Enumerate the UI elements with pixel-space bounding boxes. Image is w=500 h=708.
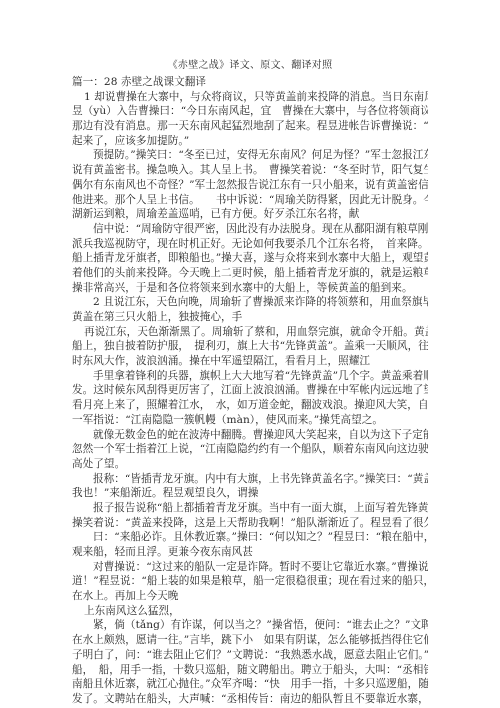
text-line: 看月亮上来了，照耀着江水， 水，如万道金蛇，翻波戏浪。操迎风大笑，自以为得志。忽 bbox=[72, 398, 428, 413]
text-line: 船上插青龙牙旗者，即粮船也。”操大喜，遂与众将来到水寨中大船上，观望黄盖船到。 … bbox=[72, 251, 428, 266]
text-line: 再说江东，天色渐渐黑了。周瑜斩了蔡和，用血祭完旗，就命令开船。黄盖在第三只火 bbox=[72, 325, 428, 340]
text-line: 操笑着说：“黄盖来投降，这是上天帮助我啊！”船队渐渐近了。程昱看了很久， bbox=[72, 516, 428, 531]
text-line: 南船且休近寨，就江心抛住。”众军齐喝：“快 用手一指，十多只巡逻船，随着文聘的船… bbox=[72, 677, 428, 692]
text-line: 船上，独自披着防护服， 提利刃，旗上大书“先锋黄盖”。盖乘一天顺风，往赤壁进发。… bbox=[72, 339, 428, 354]
text-line: 高处了望。 bbox=[72, 457, 428, 472]
text-line: 2 且说江东，天色向晚，周瑜斩了曹操派来诈降的将领蔡和，用血祭旗毕，便令开船。 bbox=[72, 295, 428, 310]
text-line: 信中说：“周瑜防守很严密，因此没有办法脱身。现在从鄱阳湖有粮草刚刚运到，周瑜 bbox=[72, 222, 428, 237]
text-line: 曰：“来船必诈。且休教近寨。”操曰：“何以知之？”程昱曰：“粮在船中，船必稳重；… bbox=[72, 530, 428, 545]
text-line: 在水上颇熟，愿请一往。”言毕，跳下小 如果有阴谋，怎么能够抵挡得住它们？”曹操一… bbox=[72, 633, 428, 648]
text-line: 一军指说：“江南隐隐一簇帆幔（màn），使风而来。”操凭高望之。 bbox=[72, 413, 428, 428]
text-line: 派兵我巡视防守，现在时机正好。无论如何我要杀几个江东名将， 首来降。只在今晚二更… bbox=[72, 237, 428, 252]
text-line: 1 却说曹操在大寨中，与众将商议，只等黄盖前来投降的消息。当日东南风起甚紧，程 bbox=[72, 90, 428, 105]
text-line: 篇一：28 赤壁之战课文翻译 bbox=[72, 75, 428, 90]
text-line: 我也！”来船渐近。程昱观望良久，谓操 bbox=[72, 486, 428, 501]
text-line: 忽然一个军士指着江上说，“江南隐隐约约有一个船队，顺着东南风向这边驶过来。”操登… bbox=[72, 442, 428, 457]
text-line: 子明白了，问：“谁去阻止它们？”文聘说：“我熟悉水战，愿意去阻止它们。”说完，跳… bbox=[72, 648, 428, 663]
text-line: 紧，倘（tǎng）有诈谋，何以当之？”操省悟，便问：“谁去止之？”文聘（pìn）… bbox=[72, 618, 428, 633]
text-line: 昱（yù）入告曹操曰：“今日东南风起，宜 曹操在大寨中，与各位将领商议，只等待黄… bbox=[72, 104, 428, 119]
text-line: 着他们的头前来投降。今天晚上二更时候，船上插着青龙牙旗的，就是运粮草的船只。”曹 bbox=[72, 266, 428, 281]
document-page: 《赤壁之战》译文、原文、翻译对照 篇一：28 赤壁之战课文翻译1 却说曹操在大寨… bbox=[72, 58, 428, 707]
text-line: 时东风大作，波浪汹涌。操在中军遥望隔江，看看月上，照耀江 bbox=[72, 354, 428, 369]
text-line: 偶尔有东南风也不奇怪？”军士忽然报告说江东有一只小船来，说有黄盖密信。曹操马上叫 bbox=[72, 178, 428, 193]
text-line: 上东南风这么猛烈， bbox=[72, 604, 428, 619]
text-line: 发了。文聘站在船头，大声喊：“丞相传旨：南边的船队暂且不要靠近水寨，就地在江心抛 bbox=[72, 692, 428, 707]
text-line: 预提防。”操笑曰：“冬至已过，安得无东南风？何足为怪？”军士忽报江东一只小船来到… bbox=[72, 148, 428, 163]
text-line: 报子报告说称“船上都插着青龙牙旗。当中有一面大旗，上面写着先锋黄盖的名字。”曹 bbox=[72, 501, 428, 516]
text-line: 道！”程昱说：“船上装的如果是粮草，船一定很稳很重；现在看过来的船只，轻飘飘地浮 bbox=[72, 574, 428, 589]
text-line: 湖新运到粮，周瑜差盖巡哨，已有方便。好歹杀江东名将，献 bbox=[72, 207, 428, 222]
text-line: 观来船，轻而且浮。更兼今夜东南风甚 bbox=[72, 545, 428, 560]
document-title: 《赤壁之战》译文、原文、翻译对照 bbox=[72, 58, 428, 74]
text-line: 就像无数金色的蛇在波涛中翻腾。曹操迎风大笑起来，自以为这下子定能完成灭吴大业。 bbox=[72, 428, 428, 443]
text-line: 说有黄盖密书。操急唤入。其人呈上书。 曹操笑着说：“冬至时节，阳气复生，这个时候… bbox=[72, 163, 428, 178]
text-line: 发。这时候东风刮得更厉害了，江面上波浪汹涌。曹操在中军帐内远远地了望江对岸，看 bbox=[72, 383, 428, 398]
text-line: 船， 船，用手一指，十数只巡船，随文聘船出。聘立于船头，大叫：“丞相钧（jūn）… bbox=[72, 663, 428, 678]
text-line: 对曹操说：“这过来的船队一定是诈降。暂时不要让它靠近水寨。”曹操说：“你凭什么知 bbox=[72, 560, 428, 575]
text-line: 他进来。那个人呈上书信。 书中诉说：“周瑜关防得紧，因此无计脱身。今有鄱（pó）… bbox=[72, 193, 428, 208]
text-line: 那边有没有消息。那一天东南风起猛烈地刮了起来。程昱进帐告诉曹操说：“今天东南风刮 bbox=[72, 119, 428, 134]
text-line: 在水上。再加上今天晚 bbox=[72, 589, 428, 604]
text-line: 起来了，应该多加提防。” bbox=[72, 134, 428, 149]
document-body: 篇一：28 赤壁之战课文翻译1 却说曹操在大寨中，与众将商议，只等黄盖前来投降的… bbox=[72, 75, 428, 707]
text-line: 报称：“皆插青龙牙旗。内中有大旗，上书先锋黄盖名字。”操笑曰：“黄盖来降，此天助 bbox=[72, 472, 428, 487]
text-line: 黄盖在第三只火船上，独披掩心，手 bbox=[72, 310, 428, 325]
text-line: 手里拿着锋利的兵器，旗帜上大大地写着“先锋黄盖”几个字。黄盖乘着顺风，向赤壁进 bbox=[72, 369, 428, 384]
text-line: 操非常高兴，于是和各位将领来到水寨中的大船上，等候黄盖的船到来。 bbox=[72, 281, 428, 296]
